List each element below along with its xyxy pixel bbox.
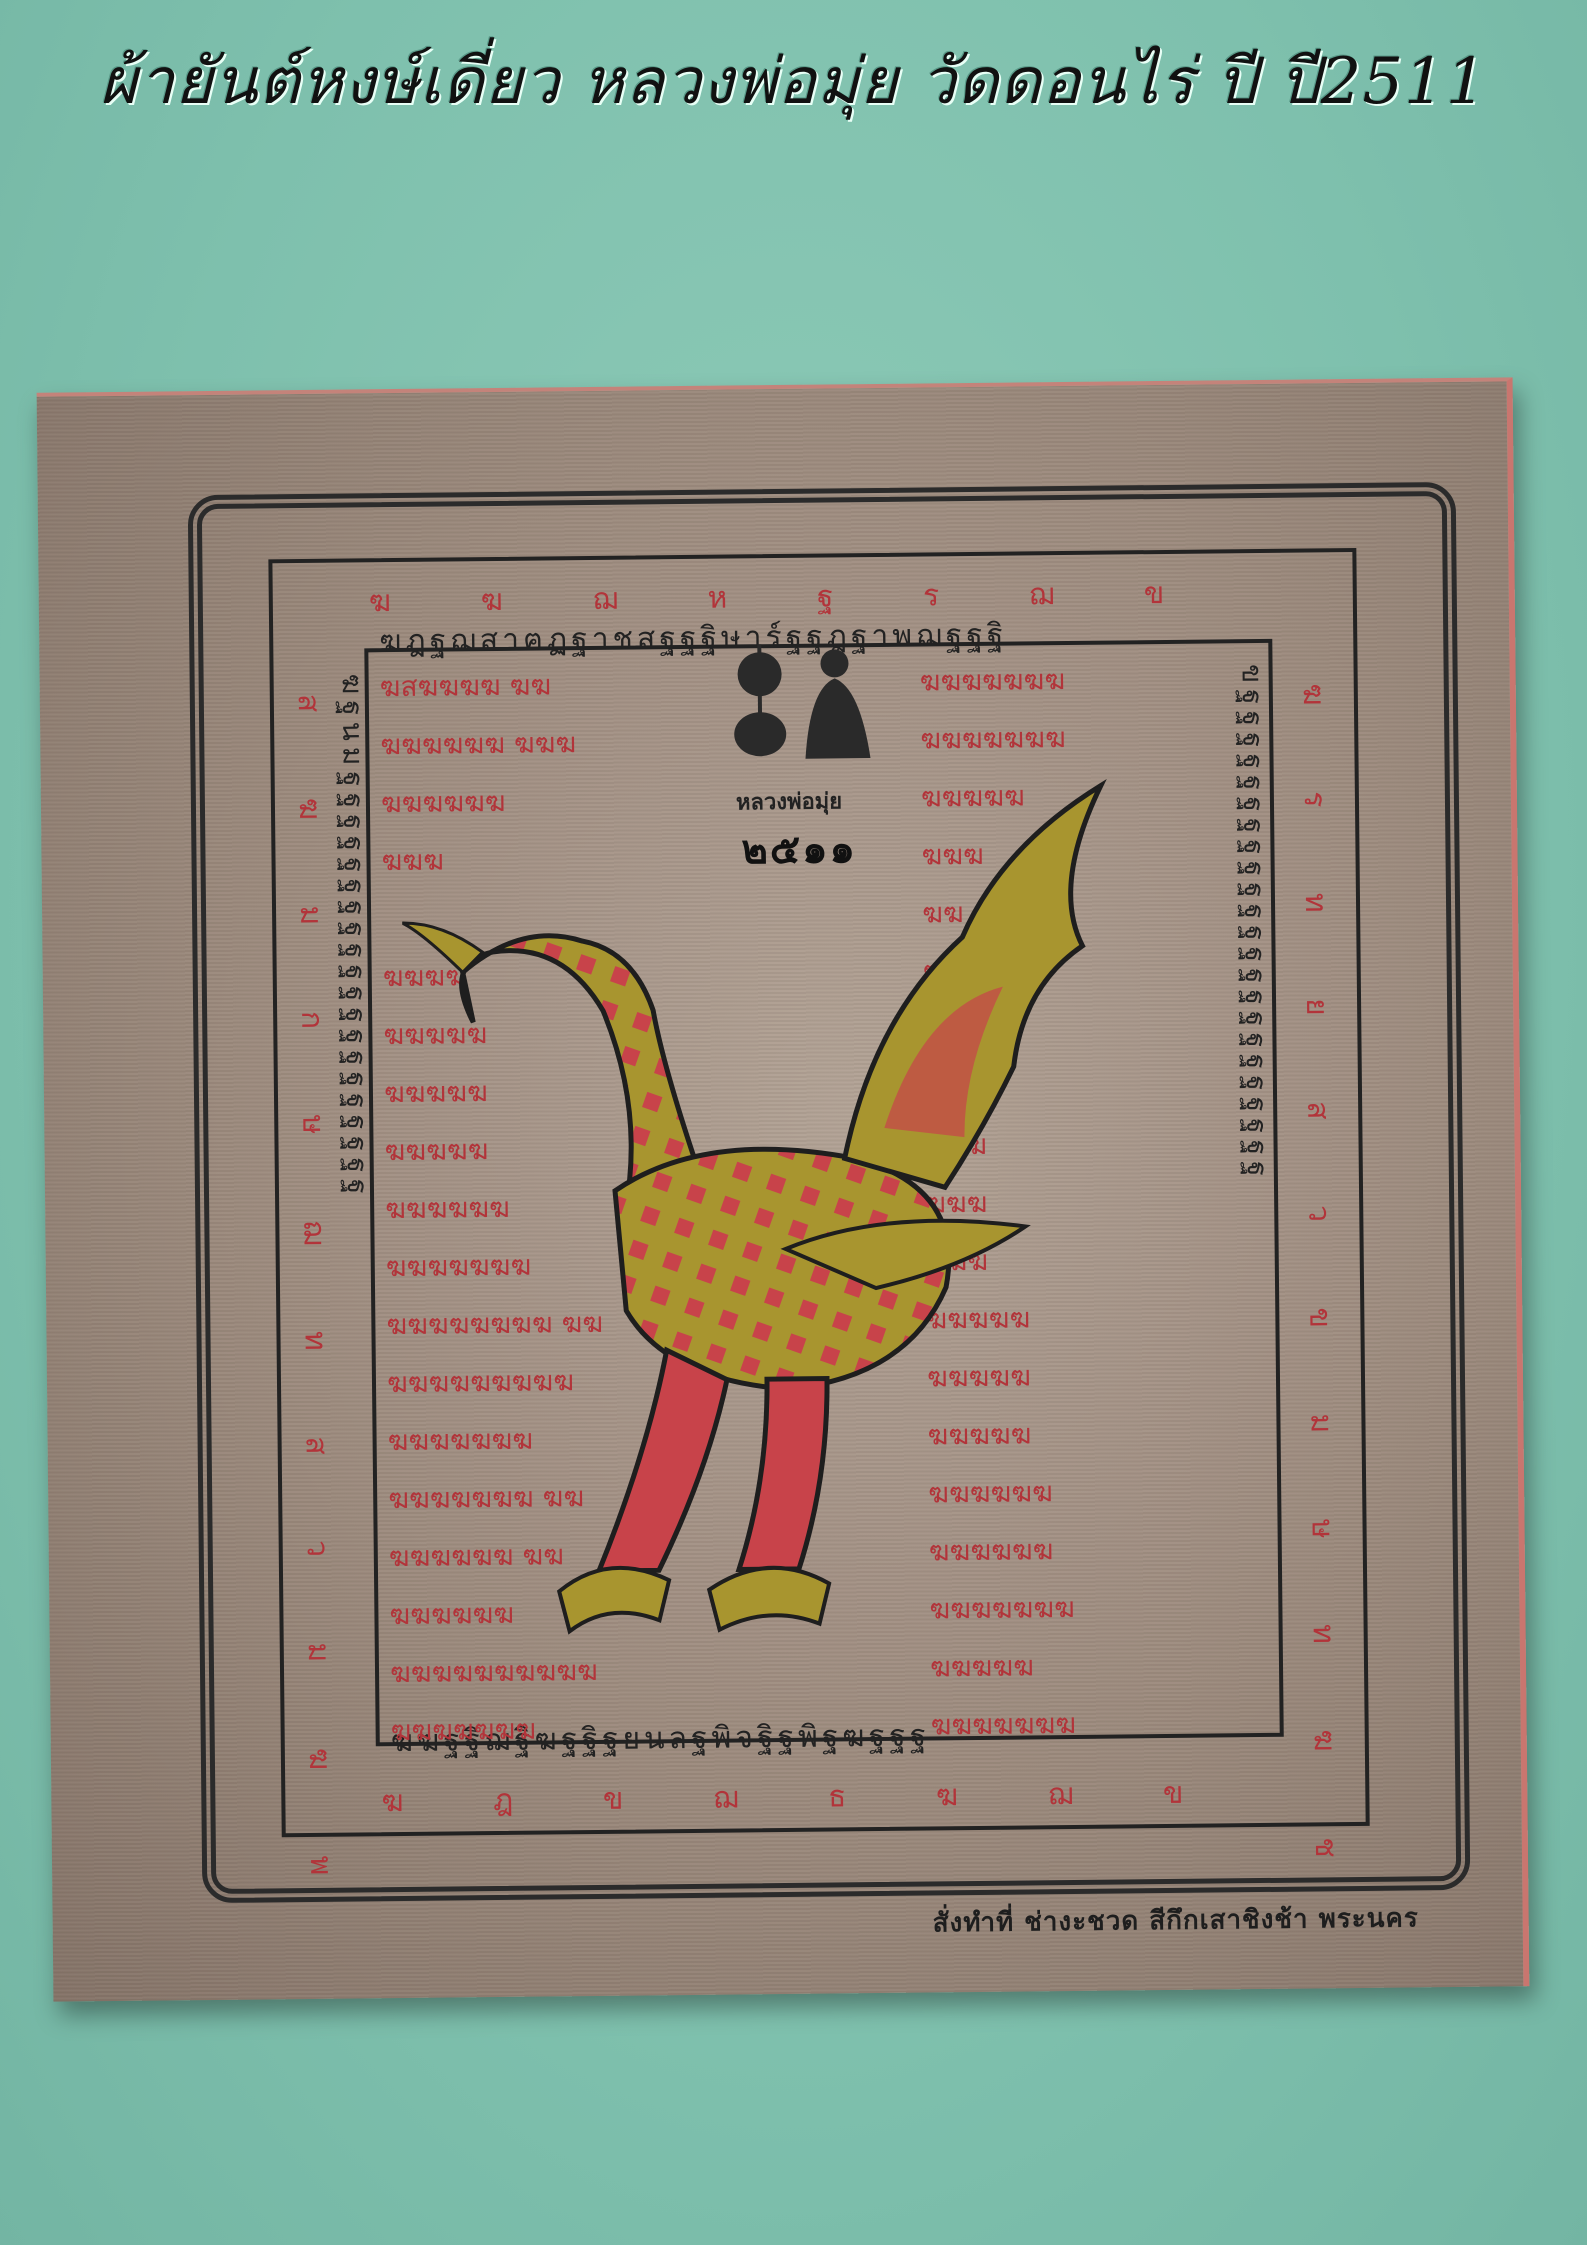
talisman-cloth: ฆ ฆ ฌ ห ฐ ร ฌ ข ฆ ฎ ข ฌ ธ ฆ ฌ ข ส ฆ ม ก … [37, 377, 1530, 2001]
hong-bird-icon [400, 685, 1170, 1653]
left-black-script: ฆฐนมฐฐฐฐฐฐฐฐฐฐฐฐฐฐฐฐฐฐฐฐ [330, 673, 380, 1200]
image-title: ผ้ายันต์หงษ์เดี่ยว หลวงพ่อมุ่ย วัดดอนไร่… [0, 30, 1587, 132]
right-black-script: ขฐฐฐฐฐฐฐฐฐฐฐฐฐฐฐฐฐฐฐฐฐฐฐ [1230, 664, 1279, 1183]
maker-credit: สั่งทำที่ ช่างะชวด สีกึกเสาชิงช้า พระนคร [932, 1897, 1419, 1943]
bottom-red-symbols: ฆ ฎ ข ฌ ธ ฆ ฌ ข [381, 1769, 1223, 1825]
